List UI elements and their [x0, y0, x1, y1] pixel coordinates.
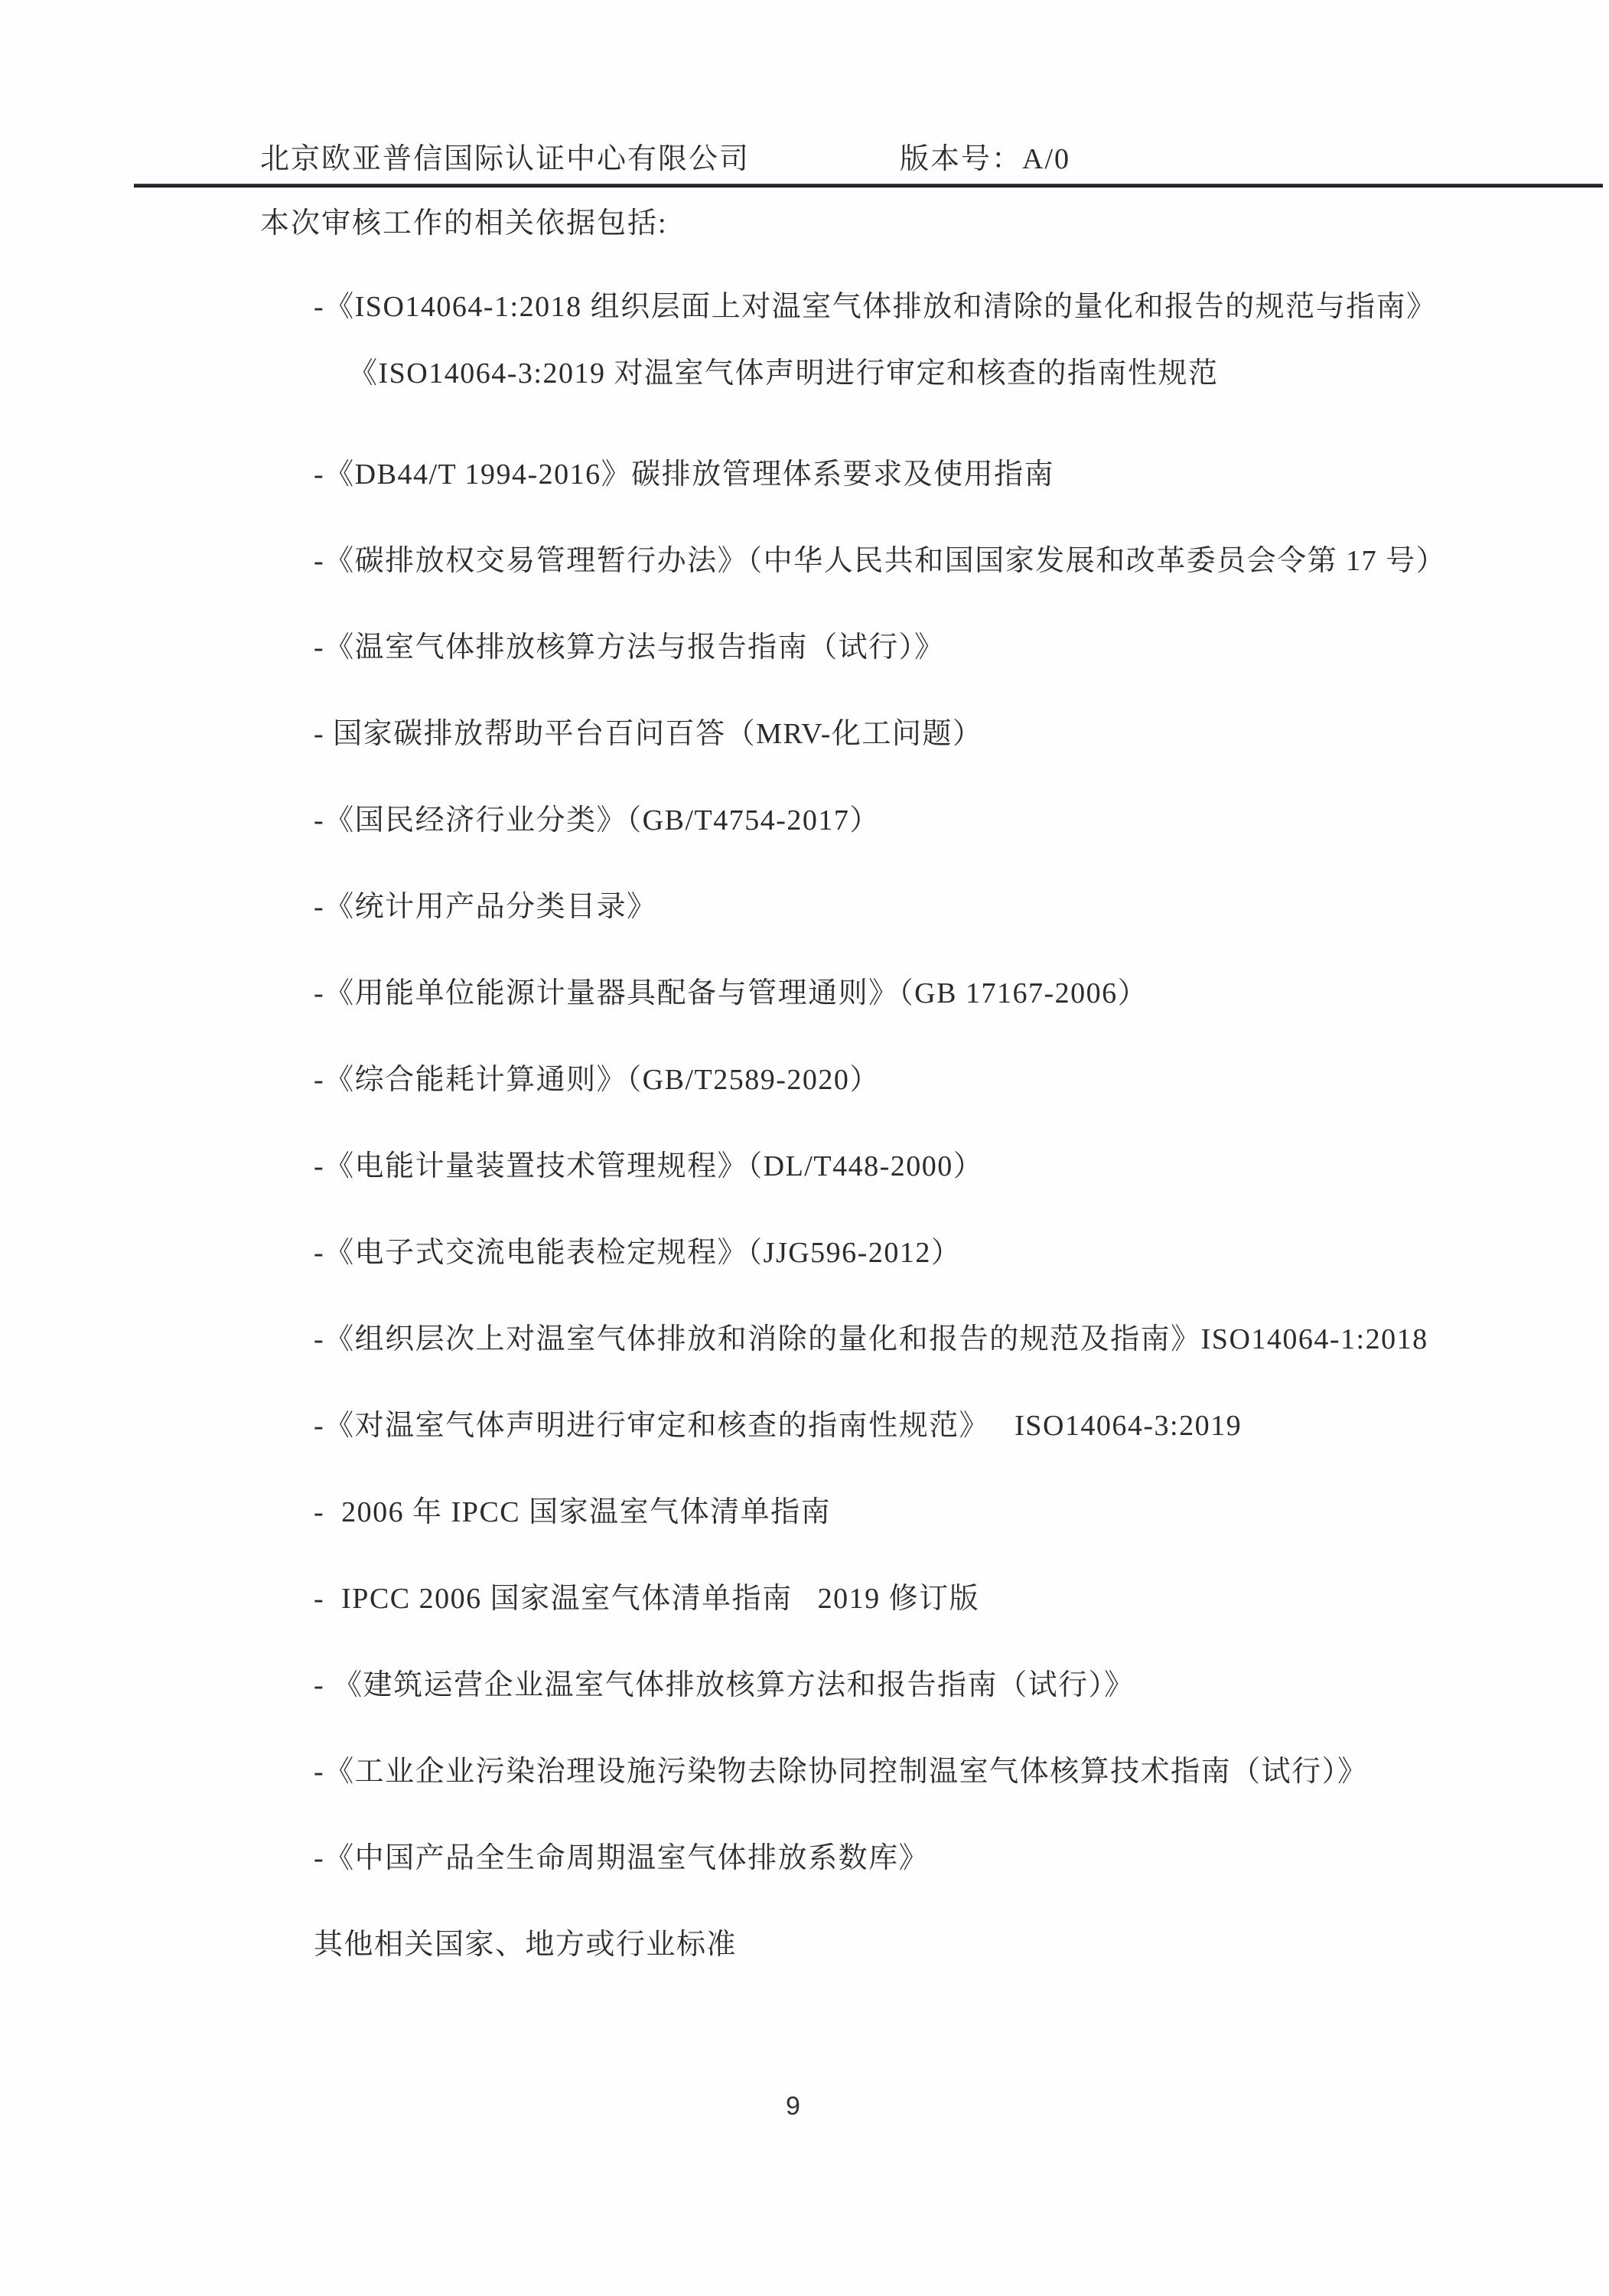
company-name: 北京欧亚普信国际认证中心有限公司 — [260, 135, 750, 177]
reference-item: - 国家碳排放帮助平台百问百答（MRV-化工问题） — [314, 716, 1571, 752]
reference-item: -《用能单位能源计量器具配备与管理通则》（GB 17167-2006） — [314, 976, 1571, 1011]
intro-text: 本次审核工作的相关依据包括: — [260, 199, 668, 241]
reference-item: -《组织层次上对温室气体排放和消除的量化和报告的规范及指南》ISO14064-1… — [314, 1322, 1571, 1357]
header-divider-line — [134, 184, 1603, 188]
reference-item: -《ISO14064-1:2018 组织层面上对温室气体排放和清除的量化和报告的… — [314, 289, 1571, 325]
reference-item: 其他相关国家、地方或行业标准 — [314, 1927, 1571, 1962]
reference-item: -《工业企业污染治理设施污染物去除协同控制温室气体核算技术指南（试行）》 — [314, 1754, 1571, 1789]
reference-item: 《ISO14064-3:2019 对温室气体声明进行审定和核查的指南性规范 — [314, 356, 1571, 391]
reference-list: -《ISO14064-1:2018 组织层面上对温室气体排放和清除的量化和报告的… — [314, 289, 1571, 2014]
reference-item: -《国民经济行业分类》（GB/T4754-2017） — [314, 803, 1571, 838]
page-number: 9 — [0, 2092, 1586, 2122]
document-page: 北京欧亚普信国际认证中心有限公司 版本号：A/0 本次审核工作的相关依据包括: … — [0, 0, 1609, 2296]
reference-item: -《对温室气体声明进行审定和核查的指南性规范》 ISO14064-3:2019 — [314, 1408, 1571, 1443]
reference-item: - 《建筑运营企业温室气体排放核算方法和报告指南（试行）》 — [314, 1668, 1571, 1703]
reference-item: -《综合能耗计算通则》（GB/T2589-2020） — [314, 1062, 1571, 1097]
reference-item: - IPCC 2006 国家温室气体清单指南 2019 修订版 — [314, 1581, 1571, 1616]
reference-item: -《碳排放权交易管理暂行办法》（中华人民共和国国家发展和改革委员会令第 17 号… — [314, 543, 1571, 579]
reference-item: -《统计用产品分类目录》 — [314, 889, 1571, 925]
reference-item: -《中国产品全生命周期温室气体排放系数库》 — [314, 1841, 1571, 1876]
reference-item: -《电子式交流电能表检定规程》（JJG596-2012） — [314, 1235, 1571, 1270]
reference-item: -《温室气体排放核算方法与报告指南（试行）》 — [314, 630, 1571, 665]
reference-item: -《DB44/T 1994-2016》碳排放管理体系要求及使用指南 — [314, 457, 1571, 492]
reference-item: -《电能计量装置技术管理规程》（DL/T448-2000） — [314, 1149, 1571, 1184]
reference-item: - 2006 年 IPCC 国家温室气体清单指南 — [314, 1495, 1571, 1530]
version-number: 版本号：A/0 — [900, 135, 1070, 177]
